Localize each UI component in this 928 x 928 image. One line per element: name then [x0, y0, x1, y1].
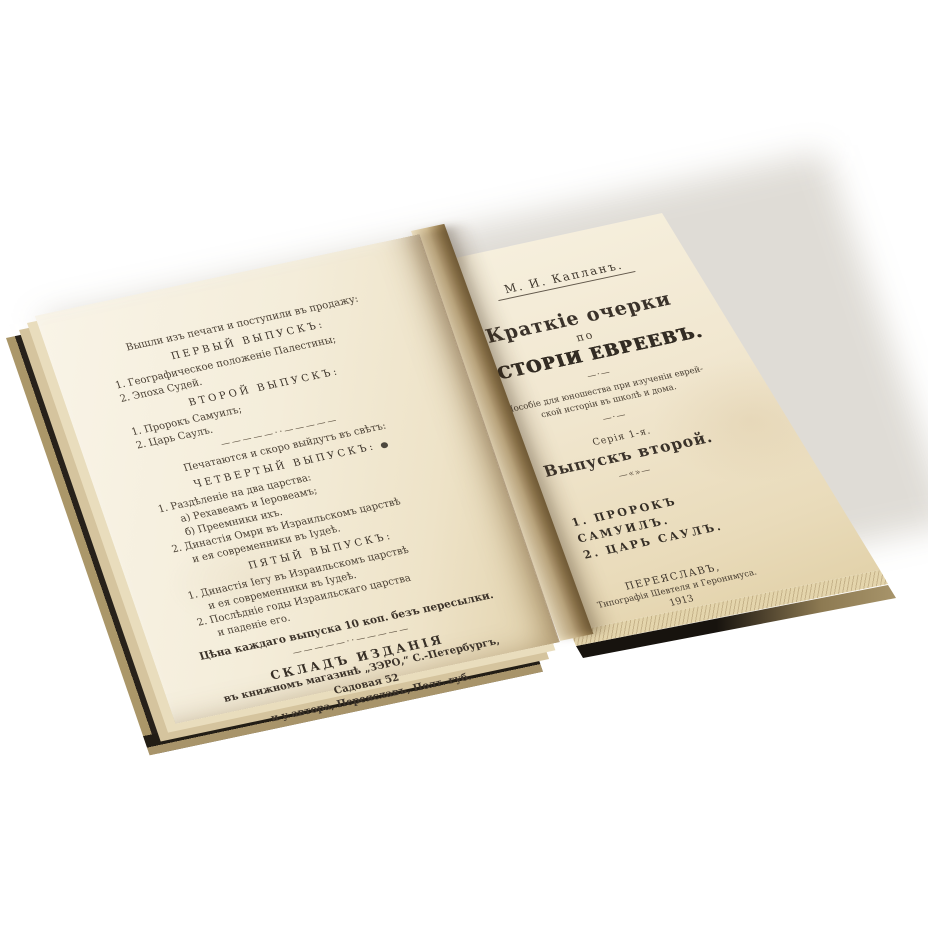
photo-stage: 60-170 М. И. Капланъ. Краткіе очерки по … — [0, 0, 928, 928]
author-name: М. И. Капланъ. — [492, 256, 635, 301]
pencil-inscription: 60-170 — [580, 208, 634, 228]
ink-smudge — [380, 441, 389, 448]
